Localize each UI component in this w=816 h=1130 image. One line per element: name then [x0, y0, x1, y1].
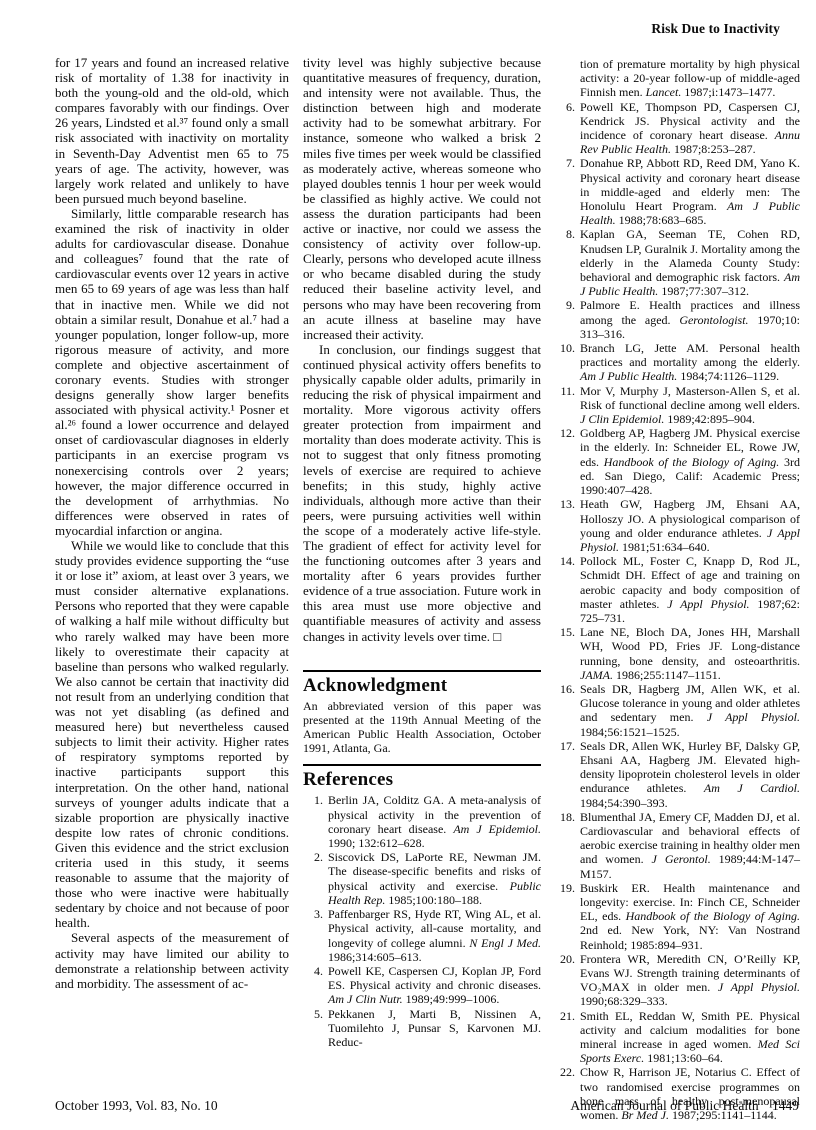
acknowledgment-rule [303, 670, 541, 672]
reference-number: 10. [555, 341, 580, 384]
reference-number [555, 57, 580, 100]
reference-text: Blumenthal JA, Emery CF, Madden DJ, et a… [580, 810, 800, 881]
reference-item: 19.Buskirk ER. Health maintenance and lo… [555, 881, 800, 952]
footer-page-number: 1449 [772, 1098, 799, 1113]
reference-number: 18. [555, 810, 580, 881]
reference-text: Donahue RP, Abbott RD, Reed DM, Yano K. … [580, 156, 800, 227]
reference-number: 13. [555, 497, 580, 554]
reference-number: 12. [555, 426, 580, 497]
column-1-paragraphs: for 17 years and found an increased rela… [55, 55, 289, 1122]
reference-text: Powell KE, Caspersen CJ, Koplan JP, Ford… [328, 964, 541, 1007]
acknowledgment-text: An abbreviated version of this paper was… [303, 699, 541, 756]
reference-text: Palmore E. Health practices and illness … [580, 298, 800, 341]
reference-text: Paffenbarger RS, Hyde RT, Wing AL, et al… [328, 907, 541, 964]
paragraph: While we would like to conclude that thi… [55, 538, 289, 930]
reference-text: Pollock ML, Foster C, Knapp D, Rod JL, S… [580, 554, 800, 625]
reference-item: 18.Blumenthal JA, Emery CF, Madden DJ, e… [555, 810, 800, 881]
reference-item: 5.Pekkanen J, Marti B, Nissinen A, Tuomi… [303, 1007, 541, 1050]
reference-item: 1.Berlin JA, Colditz GA. A meta-analysis… [303, 793, 541, 850]
reference-item: 16.Seals DR, Hagberg JM, Allen WK, et al… [555, 682, 800, 739]
reference-item: 11.Mor V, Murphy J, Masterson-Allen S, e… [555, 384, 800, 427]
reference-text: Powell KE, Thompson PD, Caspersen CJ, Ke… [580, 100, 800, 157]
reference-item: 14.Pollock ML, Foster C, Knapp D, Rod JL… [555, 554, 800, 625]
reference-item: tion of premature mortality by high phys… [555, 57, 800, 100]
references-heading: References [303, 769, 541, 791]
reference-text: Mor V, Murphy J, Masterson-Allen S, et a… [580, 384, 800, 427]
reference-number: 19. [555, 881, 580, 952]
reference-number: 15. [555, 625, 580, 682]
reference-number: 4. [303, 964, 328, 1007]
reference-item: 13.Heath GW, Hagberg JM, Ehsani AA, Holl… [555, 497, 800, 554]
text-columns: for 17 years and found an increased rela… [55, 55, 800, 1122]
reference-text: Pekkanen J, Marti B, Nissinen A, Tuomile… [328, 1007, 541, 1050]
paragraph: tivity level was highly subjective becau… [303, 55, 541, 342]
reference-item: 12.Goldberg AP, Hagberg JM. Physical exe… [555, 426, 800, 497]
reference-item: 7.Donahue RP, Abbott RD, Reed DM, Yano K… [555, 156, 800, 227]
reference-number: 6. [555, 100, 580, 157]
references-list-part-1: 1.Berlin JA, Colditz GA. A meta-analysis… [303, 793, 541, 1049]
reference-item: 8.Kaplan GA, Seeman TE, Cohen RD, Knudse… [555, 227, 800, 298]
reference-number: 20. [555, 952, 580, 1009]
reference-number: 3. [303, 907, 328, 964]
reference-item: 17.Seals DR, Allen WK, Hurley BF, Dalsky… [555, 739, 800, 810]
reference-item: 9.Palmore E. Health practices and illnes… [555, 298, 800, 341]
paragraph: Similarly, little comparable research ha… [55, 206, 289, 538]
references-rule [303, 764, 541, 766]
reference-text: Branch LG, Jette AM. Personal health pra… [580, 341, 800, 384]
reference-number: 11. [555, 384, 580, 427]
page-footer: October 1993, Vol. 83, No. 10 American J… [55, 1098, 799, 1114]
journal-page: Risk Due to Inactivity for 17 years and … [0, 0, 816, 1130]
reference-item: 15.Lane NE, Bloch DA, Jones HH, Marshall… [555, 625, 800, 682]
reference-text: tion of premature mortality by high phys… [580, 57, 800, 100]
reference-item: 20.Frontera WR, Meredith CN, O’Reilly KP… [555, 952, 800, 1009]
references-list-part-2: tion of premature mortality by high phys… [555, 57, 800, 1122]
reference-number: 16. [555, 682, 580, 739]
reference-text: Siscovick DS, LaPorte RE, Newman JM. The… [328, 850, 541, 907]
reference-item: 3.Paffenbarger RS, Hyde RT, Wing AL, et … [303, 907, 541, 964]
reference-item: 6.Powell KE, Thompson PD, Caspersen CJ, … [555, 100, 800, 157]
column-2: tivity level was highly subjective becau… [303, 55, 541, 1122]
reference-item: 2.Siscovick DS, LaPorte RE, Newman JM. T… [303, 850, 541, 907]
reference-text: Berlin JA, Colditz GA. A meta-analysis o… [328, 793, 541, 850]
reference-number: 2. [303, 850, 328, 907]
reference-number: 8. [555, 227, 580, 298]
footer-journal-name: American Journal of Public Health [570, 1098, 758, 1113]
reference-number: 1. [303, 793, 328, 850]
paragraph: for 17 years and found an increased rela… [55, 55, 289, 206]
acknowledgment-heading: Acknowledgment [303, 675, 541, 697]
reference-number: 9. [555, 298, 580, 341]
paragraph: Several aspects of the measurement of ac… [55, 930, 289, 990]
reference-item: 21.Smith EL, Reddan W, Smith PE. Physica… [555, 1009, 800, 1066]
reference-item: 4.Powell KE, Caspersen CJ, Koplan JP, Fo… [303, 964, 541, 1007]
running-header-title: Risk Due to Inactivity [651, 21, 780, 37]
reference-text: Kaplan GA, Seeman TE, Cohen RD, Knudsen … [580, 227, 800, 298]
reference-text: Seals DR, Allen WK, Hurley BF, Dalsky GP… [580, 739, 800, 810]
footer-journal-info: American Journal of Public Health 1449 [560, 1098, 799, 1114]
column-2-paragraphs: tivity level was highly subjective becau… [303, 55, 541, 644]
reference-number: 14. [555, 554, 580, 625]
reference-number: 7. [555, 156, 580, 227]
reference-text: Heath GW, Hagberg JM, Ehsani AA, Hollosz… [580, 497, 800, 554]
reference-text: Goldberg AP, Hagberg JM. Physical exerci… [580, 426, 800, 497]
reference-text: Lane NE, Bloch DA, Jones HH, Marshall WH… [580, 625, 800, 682]
reference-number: 17. [555, 739, 580, 810]
reference-item: 10.Branch LG, Jette AM. Personal health … [555, 341, 800, 384]
reference-number: 5. [303, 1007, 328, 1050]
reference-text: Smith EL, Reddan W, Smith PE. Physical a… [580, 1009, 800, 1066]
reference-text: Buskirk ER. Health maintenance and longe… [580, 881, 800, 952]
paragraph: In conclusion, our findings suggest that… [303, 342, 541, 644]
reference-text: Seals DR, Hagberg JM, Allen WK, et al. G… [580, 682, 800, 739]
reference-text: Frontera WR, Meredith CN, O’Reilly KP, E… [580, 952, 800, 1009]
reference-number: 21. [555, 1009, 580, 1066]
footer-issue-info: October 1993, Vol. 83, No. 10 [55, 1098, 218, 1114]
